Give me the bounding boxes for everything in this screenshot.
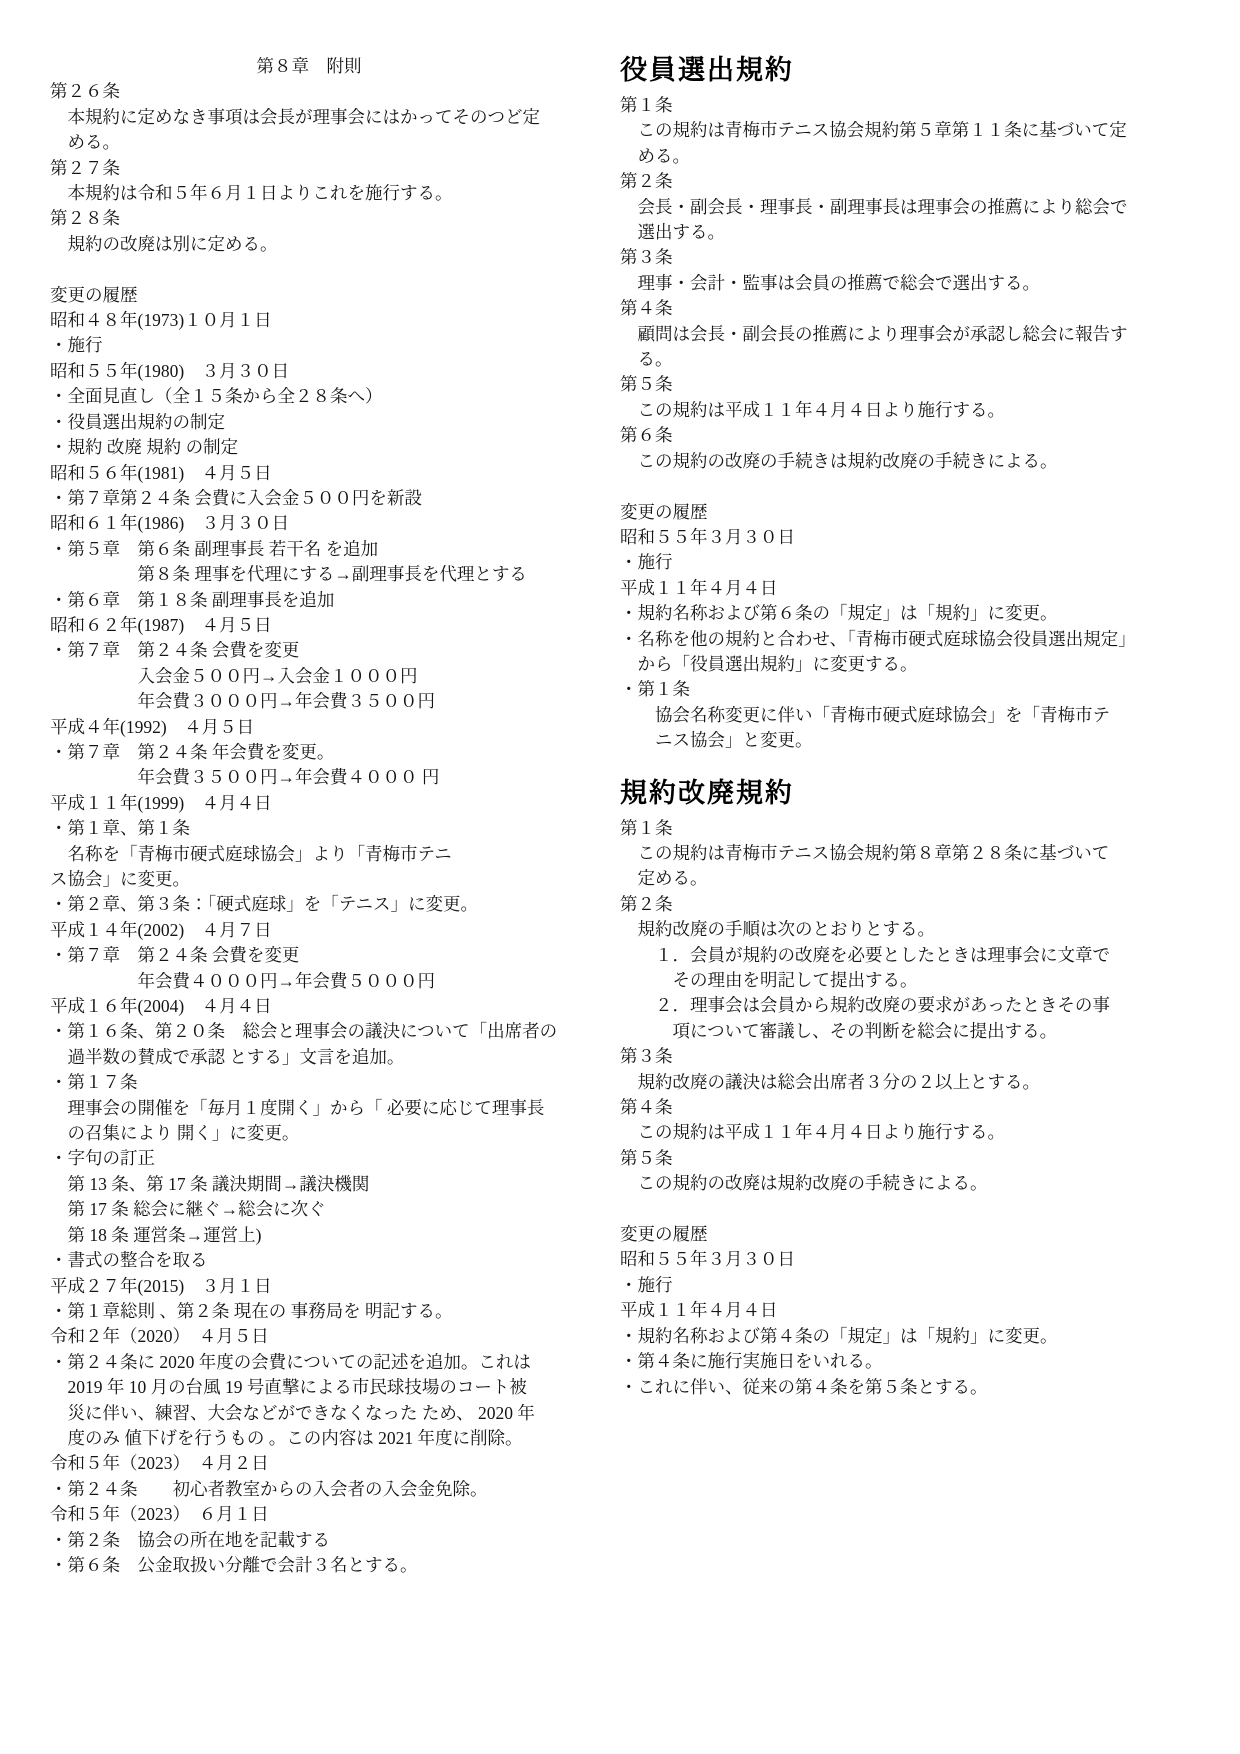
section-body-officer-election: 第１条 この規約は青梅市テニス協会規約第５章第１１条に基づいて定 める。 第２条… <box>620 93 1145 754</box>
right-column: 役員選出規約 第１条 この規約は青梅市テニス協会規約第５章第１１条に基づいて定 … <box>620 54 1145 1754</box>
section-rule-amendment: 規約改廃規約 第１条 この規約は青梅市テニス協会規約第８章第２８条に基づいて 定… <box>620 777 1145 1400</box>
section-officer-election-rules: 役員選出規約 第１条 この規約は青梅市テニス協会規約第５章第１１条に基づいて定 … <box>620 54 1145 754</box>
chapter-heading: 第８章 附則 <box>50 54 568 79</box>
section-heading-officer-election: 役員選出規約 <box>620 54 1145 86</box>
left-column: 第８章 附則 第２６条 本規約に定めなき事項は会長が理事会にはかってそのつど定 … <box>50 54 568 1754</box>
left-column-text: 第２６条 本規約に定めなき事項は会長が理事会にはかってそのつど定 める。 第２７… <box>50 79 568 1578</box>
section-body-rule-amendment: 第１条 この規約は青梅市テニス協会規約第８章第２８条に基づいて 定める。 第２条… <box>620 816 1145 1400</box>
document-page: 第８章 附則 第２６条 本規約に定めなき事項は会長が理事会にはかってそのつど定 … <box>0 0 1240 1754</box>
section-heading-rule-amendment: 規約改廃規約 <box>620 777 1145 809</box>
